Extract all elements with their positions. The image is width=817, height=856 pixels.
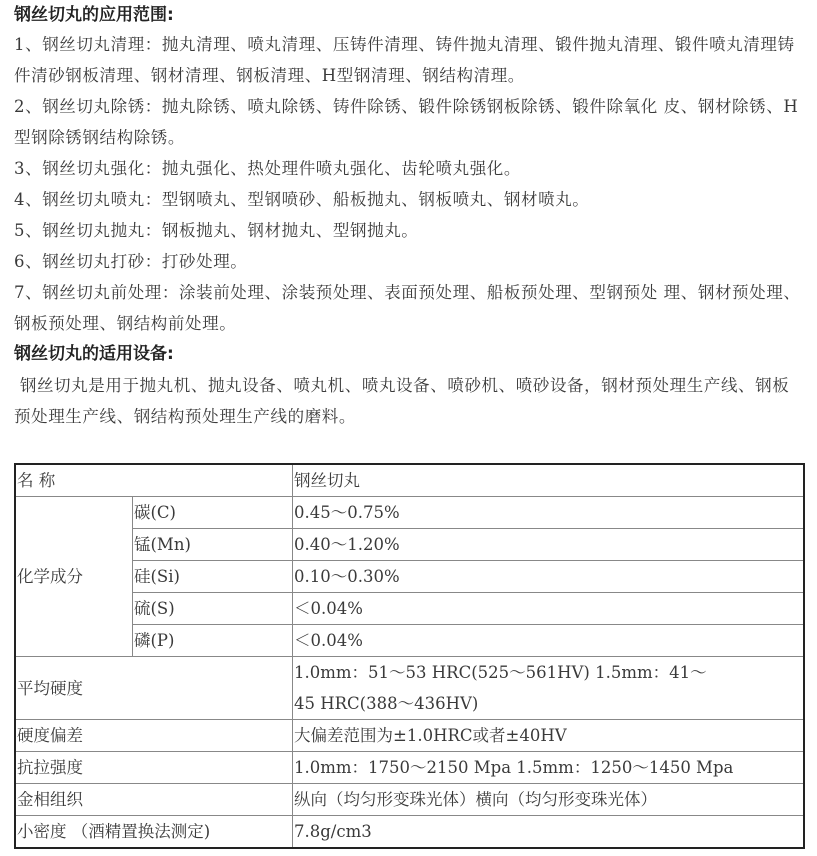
- property-value-cell: 1.0mm：1750～2150 Mpa 1.5mm：1250～1450 Mpa: [293, 752, 805, 784]
- table-row: 硫(S) ＜0.04%: [15, 593, 804, 625]
- application-item: 7、钢丝切丸前处理：涂装前处理、涂装预处理、表面预处理、船板预处理、型钢预处 理…: [14, 277, 804, 339]
- application-list: 1、钢丝切丸清理：抛丸清理、喷丸清理、压铸件清理、铸件抛丸清理、锻件抛丸清理、锻…: [14, 29, 804, 339]
- table-row: 硅(Si) 0.10～0.30%: [15, 561, 804, 593]
- table-row: 锰(Mn) 0.40～1.20%: [15, 529, 804, 561]
- property-value-cell: 1.0mm：51～53 HRC(525～561HV) 1.5mm：41～ 45 …: [293, 657, 805, 720]
- application-item: 2、钢丝切丸除锈：抛丸除锈、喷丸除锈、铸件除锈、锻件除锈钢板除锈、锻件除氧化 皮…: [14, 91, 804, 153]
- application-item: 4、钢丝切丸喷丸：型钢喷丸、型钢喷砂、船板抛丸、钢板喷丸、钢材喷丸。: [14, 184, 804, 215]
- table-row: 小密度 （酒精置换法测定) 7.8g/cm3: [15, 816, 804, 849]
- section-heading-application: 钢丝切丸的应用范围:: [14, 1, 804, 29]
- property-value-cell: 7.8g/cm3: [293, 816, 805, 849]
- table-row: 硬度偏差 大偏差范围为±1.0HRC或者±40HV: [15, 720, 804, 752]
- article-content: 钢丝切丸的应用范围: 1、钢丝切丸清理：抛丸清理、喷丸清理、压铸件清理、铸件抛丸…: [14, 0, 804, 432]
- section-heading-equipment: 钢丝切丸的适用设备:: [14, 339, 804, 370]
- element-value-cell: 0.40～1.20%: [293, 529, 805, 561]
- application-item: 5、钢丝切丸抛丸：钢板抛丸、钢材抛丸、型钢抛丸。: [14, 215, 804, 246]
- application-item: 1、钢丝切丸清理：抛丸清理、喷丸清理、压铸件清理、铸件抛丸清理、锻件抛丸清理、锻…: [14, 29, 804, 91]
- application-item: 3、钢丝切丸强化：抛丸强化、热处理件喷丸强化、齿轮喷丸强化。: [14, 153, 804, 184]
- table-row: 磷(P) ＜0.04%: [15, 625, 804, 657]
- property-value-cell: 纵向（均匀形变珠光体）横向（均匀形变珠光体）: [293, 784, 805, 816]
- element-value-cell: ＜0.04%: [293, 593, 805, 625]
- equipment-description: 钢丝切丸是用于抛丸机、抛丸设备、喷丸机、喷丸设备、喷砂机、喷砂设备，钢材预处理生…: [14, 370, 804, 432]
- table-row: 抗拉强度 1.0mm：1750～2150 Mpa 1.5mm：1250～1450…: [15, 752, 804, 784]
- table-header-row: 名 称 钢丝切丸: [15, 464, 804, 497]
- name-label-cell: 名 称: [15, 464, 293, 497]
- table-row: 金相组织 纵向（均匀形变珠光体）横向（均匀形变珠光体）: [15, 784, 804, 816]
- element-value-cell: 0.10～0.30%: [293, 561, 805, 593]
- chemical-composition-label: 化学成分: [15, 497, 133, 657]
- element-cell: 锰(Mn): [133, 529, 293, 561]
- element-cell: 硅(Si): [133, 561, 293, 593]
- element-cell: 硫(S): [133, 593, 293, 625]
- element-cell: 碳(C): [133, 497, 293, 529]
- property-label-cell: 抗拉强度: [15, 752, 293, 784]
- property-value-cell: 大偏差范围为±1.0HRC或者±40HV: [293, 720, 805, 752]
- element-value-cell: ＜0.04%: [293, 625, 805, 657]
- hardness-line-1: 1.0mm：51～53 HRC(525～561HV) 1.5mm：41～: [294, 657, 802, 688]
- element-cell: 磷(P): [133, 625, 293, 657]
- specification-table: 名 称 钢丝切丸 化学成分 碳(C) 0.45～0.75% 锰(Mn) 0.40…: [14, 463, 805, 849]
- hardness-line-2: 45 HRC(388～436HV): [294, 688, 802, 719]
- element-value-cell: 0.45～0.75%: [293, 497, 805, 529]
- property-label-cell: 金相组织: [15, 784, 293, 816]
- table-row: 化学成分 碳(C) 0.45～0.75%: [15, 497, 804, 529]
- application-item: 6、钢丝切丸打砂：打砂处理。: [14, 246, 804, 277]
- product-name-cell: 钢丝切丸: [293, 464, 805, 497]
- property-label-cell: 平均硬度: [15, 657, 293, 720]
- property-label-cell: 小密度 （酒精置换法测定): [15, 816, 293, 849]
- property-label-cell: 硬度偏差: [15, 720, 293, 752]
- table-row: 平均硬度 1.0mm：51～53 HRC(525～561HV) 1.5mm：41…: [15, 657, 804, 720]
